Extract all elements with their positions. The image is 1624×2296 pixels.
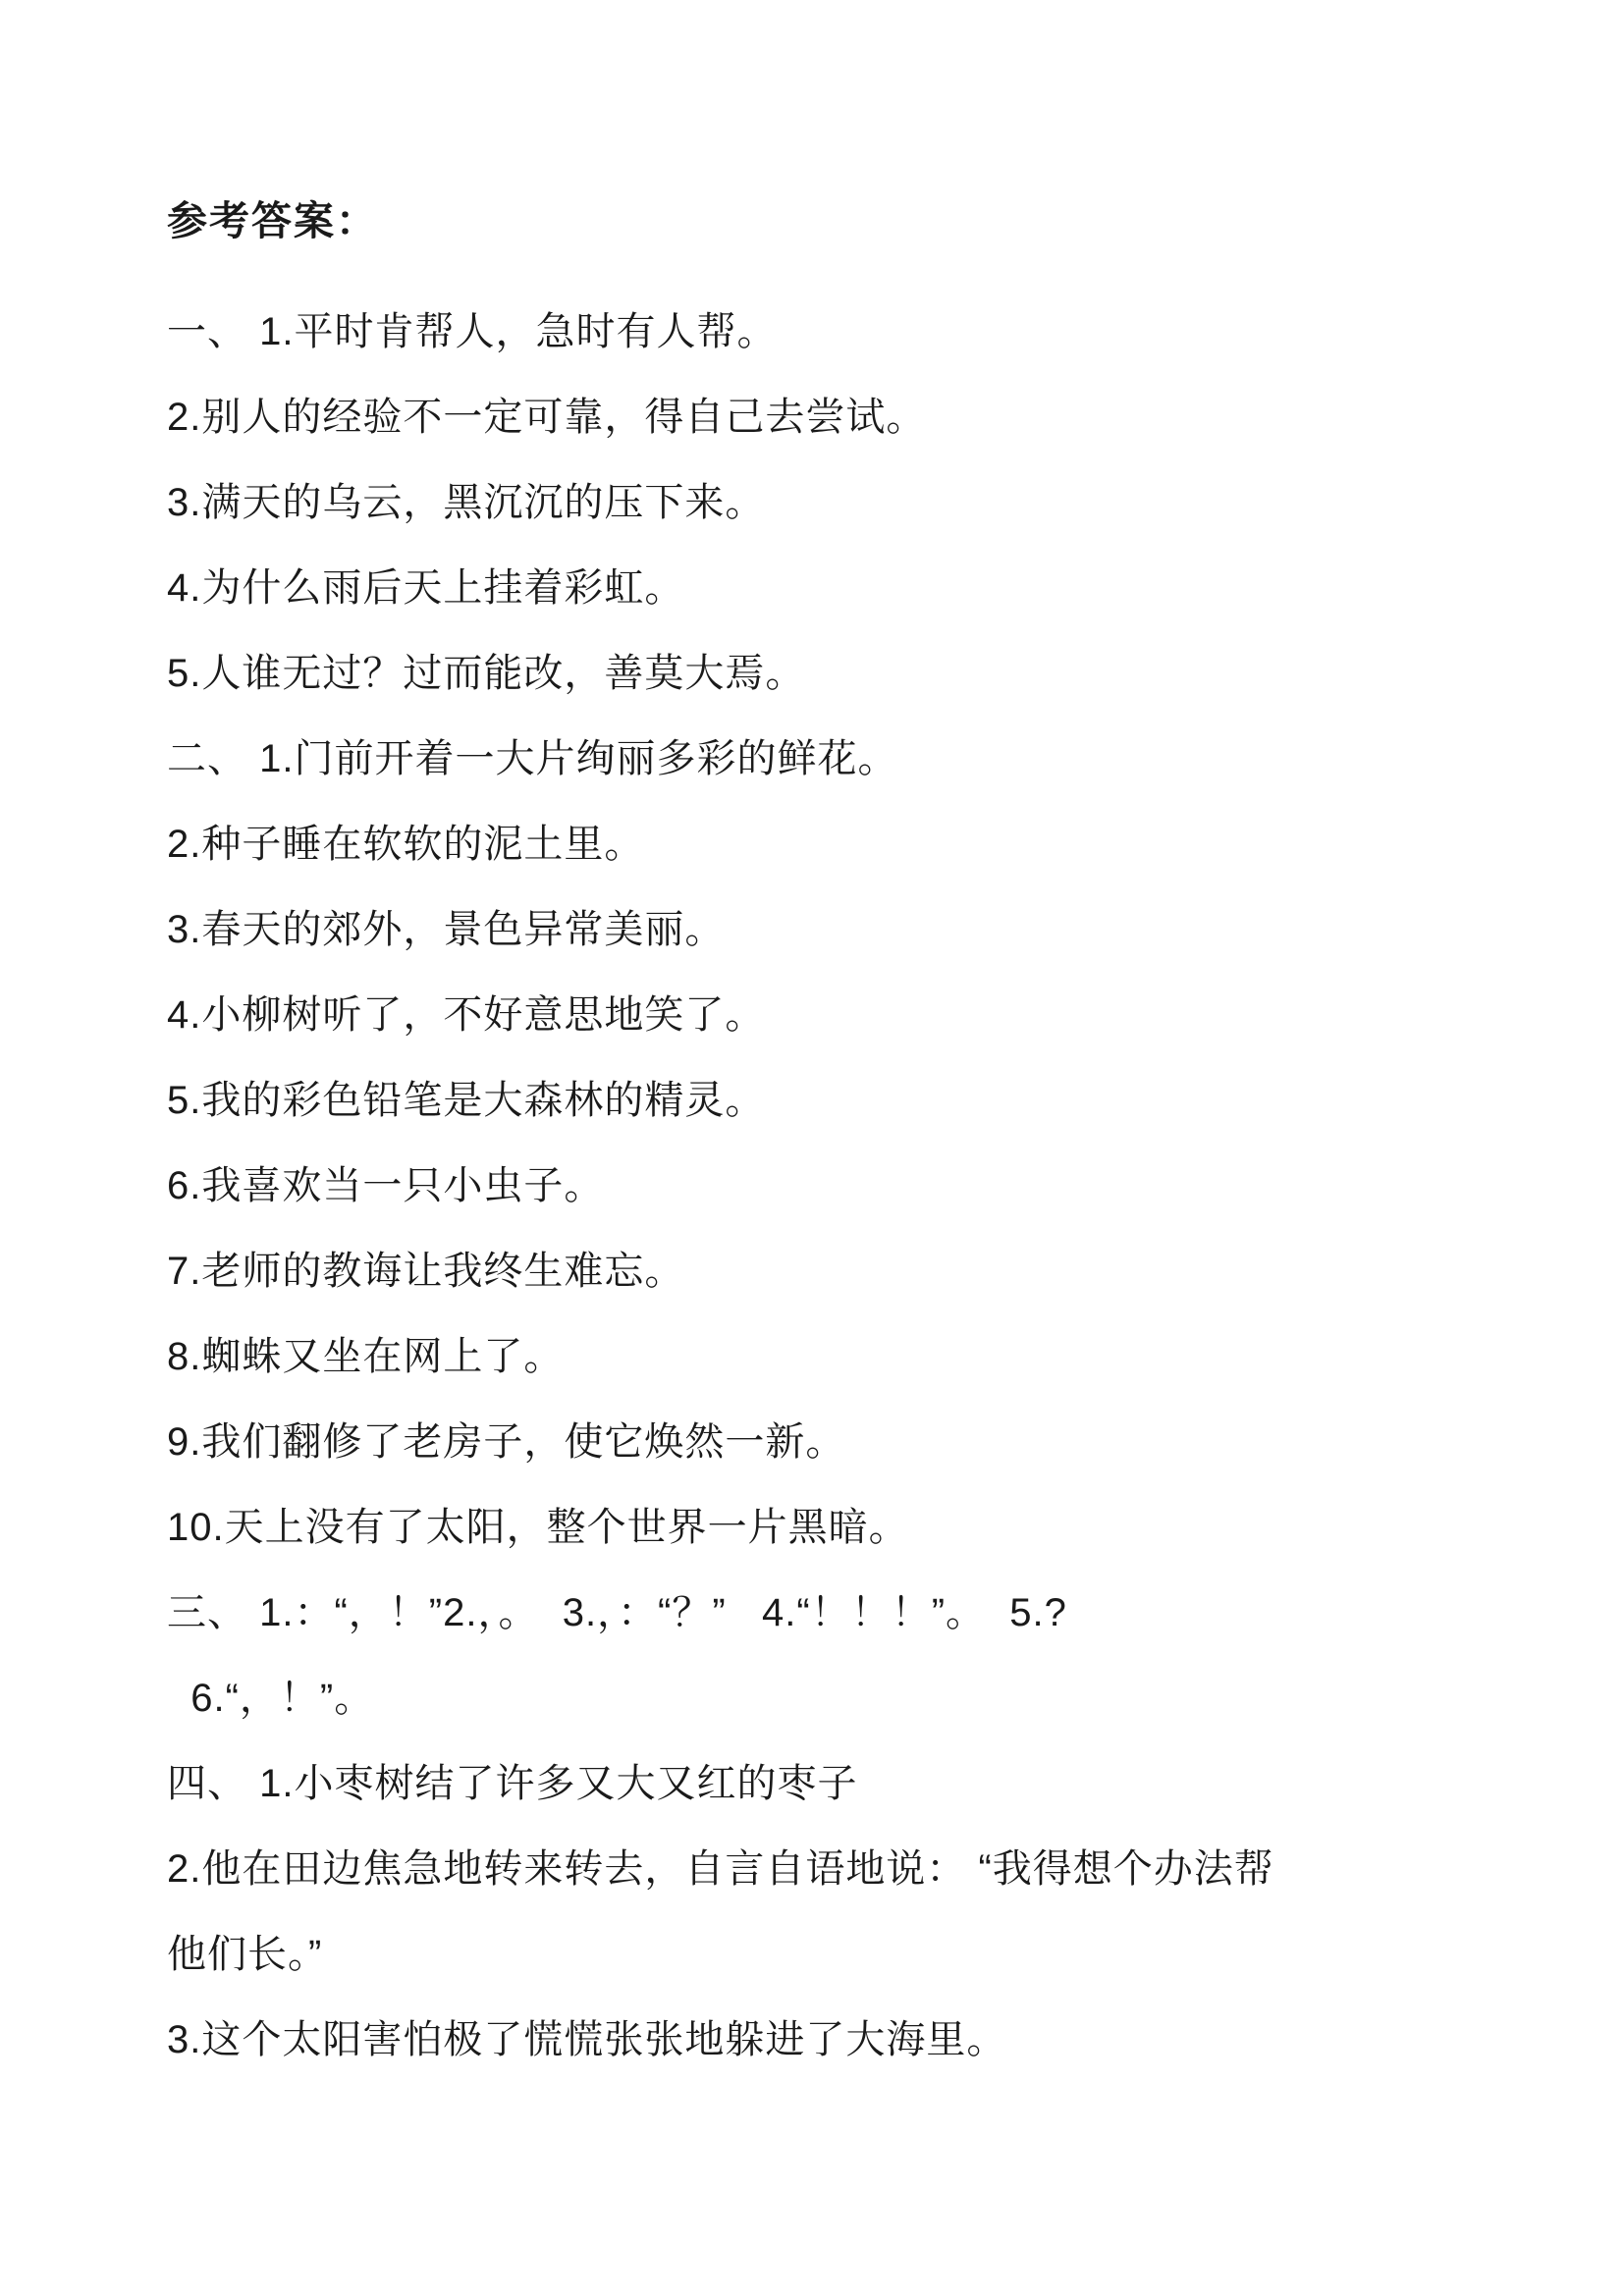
answer-line: 4.为什么雨后天上挂着彩虹。 [167, 568, 1506, 608]
answer-lines: 一、 1.平时肯帮人，急时有人帮。2.别人的经验不一定可靠，得自己去尝试。3.满… [167, 312, 1506, 2059]
answer-line: 四、 1.小枣树结了许多又大又红的枣子 [167, 1764, 1506, 1803]
document-content: 参考答案： 一、 1.平时肯帮人，急时有人帮。2.别人的经验不一定可靠，得自己去… [0, 0, 1624, 2059]
answer-line: 9.我们翻修了老房子，使它焕然一新。 [167, 1422, 1506, 1462]
answer-line: 5.人谁无过？过而能改，善莫大焉。 [167, 654, 1506, 693]
answer-line: 7.老师的教诲让我终生难忘。 [167, 1252, 1506, 1291]
answer-line: 6.我喜欢当一只小虫子。 [167, 1166, 1506, 1205]
answer-line: 二、 1.门前开着一大片绚丽多彩的鲜花。 [167, 739, 1506, 778]
answer-line: 4.小柳树听了，不好意思地笑了。 [167, 995, 1506, 1035]
answer-line: 3.满天的乌云，黑沉沉的压下来。 [167, 483, 1506, 522]
answer-line: 5.我的彩色铅笔是大森林的精灵。 [167, 1081, 1506, 1120]
answer-line: 6.“，！”。 [167, 1679, 1506, 1718]
answer-line: 三、 1.：“，！”2.，。 3.，：“？” 4.“！！！”。 5.? [167, 1593, 1506, 1632]
answer-line: 8.蜘蛛又坐在网上了。 [167, 1337, 1506, 1376]
answer-line: 3.这个太阳害怕极了慌慌张张地躲进了大海里。 [167, 2020, 1506, 2059]
answer-line: 10.天上没有了太阳，整个世界一片黑暗。 [167, 1508, 1506, 1547]
answer-line: 2.他在田边焦急地转来转去，自言自语地说： “我得想个办法帮 [167, 1849, 1506, 1889]
answer-line: 一、 1.平时肯帮人，急时有人帮。 [167, 312, 1506, 351]
document-page: 参考答案： 一、 1.平时肯帮人，急时有人帮。2.别人的经验不一定可靠，得自己去… [0, 0, 1624, 2296]
answer-line: 他们长。” [167, 1935, 1506, 1974]
answer-line: 3.春天的郊外，景色异常美丽。 [167, 910, 1506, 949]
answer-line: 2.别人的经验不一定可靠，得自己去尝试。 [167, 398, 1506, 437]
document-title: 参考答案： [167, 201, 1506, 241]
answer-line: 2.种子睡在软软的泥土里。 [167, 825, 1506, 864]
